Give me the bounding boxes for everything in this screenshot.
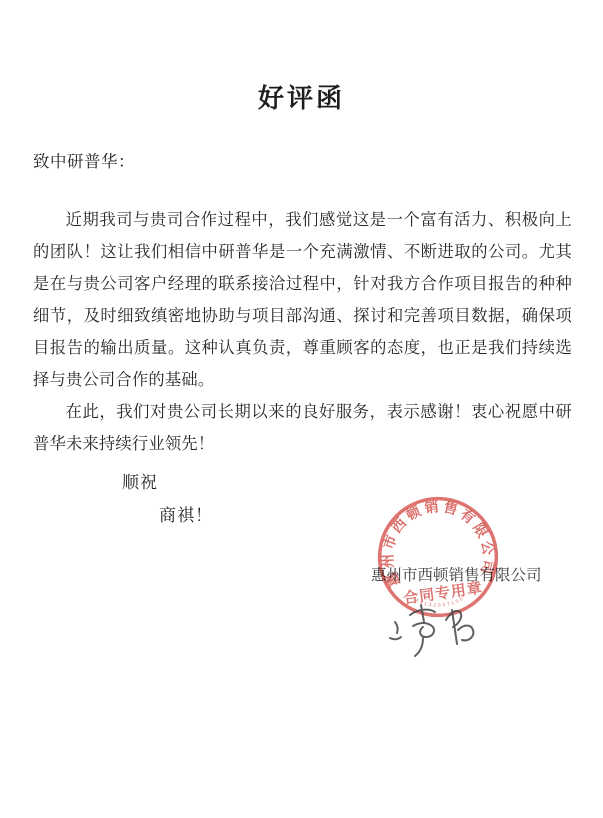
page-title: 好评函 [0, 78, 603, 115]
salutation: 致中研普华： [33, 148, 135, 172]
closing-shunzhu: 顺祝 [122, 468, 158, 493]
paragraph-2: 在此，我们对贵公司长期以来的良好服务，表示感谢！衷心祝愿中研普华未来持续行业领先… [33, 396, 572, 460]
letter-page: 好评函 致中研普华： 近期我司与贵司合作过程中，我们感觉这是一个富有活力、积极向… [0, 0, 603, 818]
letter-body: 近期我司与贵司合作过程中，我们感觉这是一个富有活力、积极向上的团队！这让我们相信… [33, 204, 572, 460]
paragraph-1: 近期我司与贵司合作过程中，我们感觉这是一个富有活力、积极向上的团队！这让我们相信… [33, 204, 572, 396]
closing-shangqi: 商祺！ [159, 501, 213, 526]
handwritten-signature [386, 598, 486, 660]
